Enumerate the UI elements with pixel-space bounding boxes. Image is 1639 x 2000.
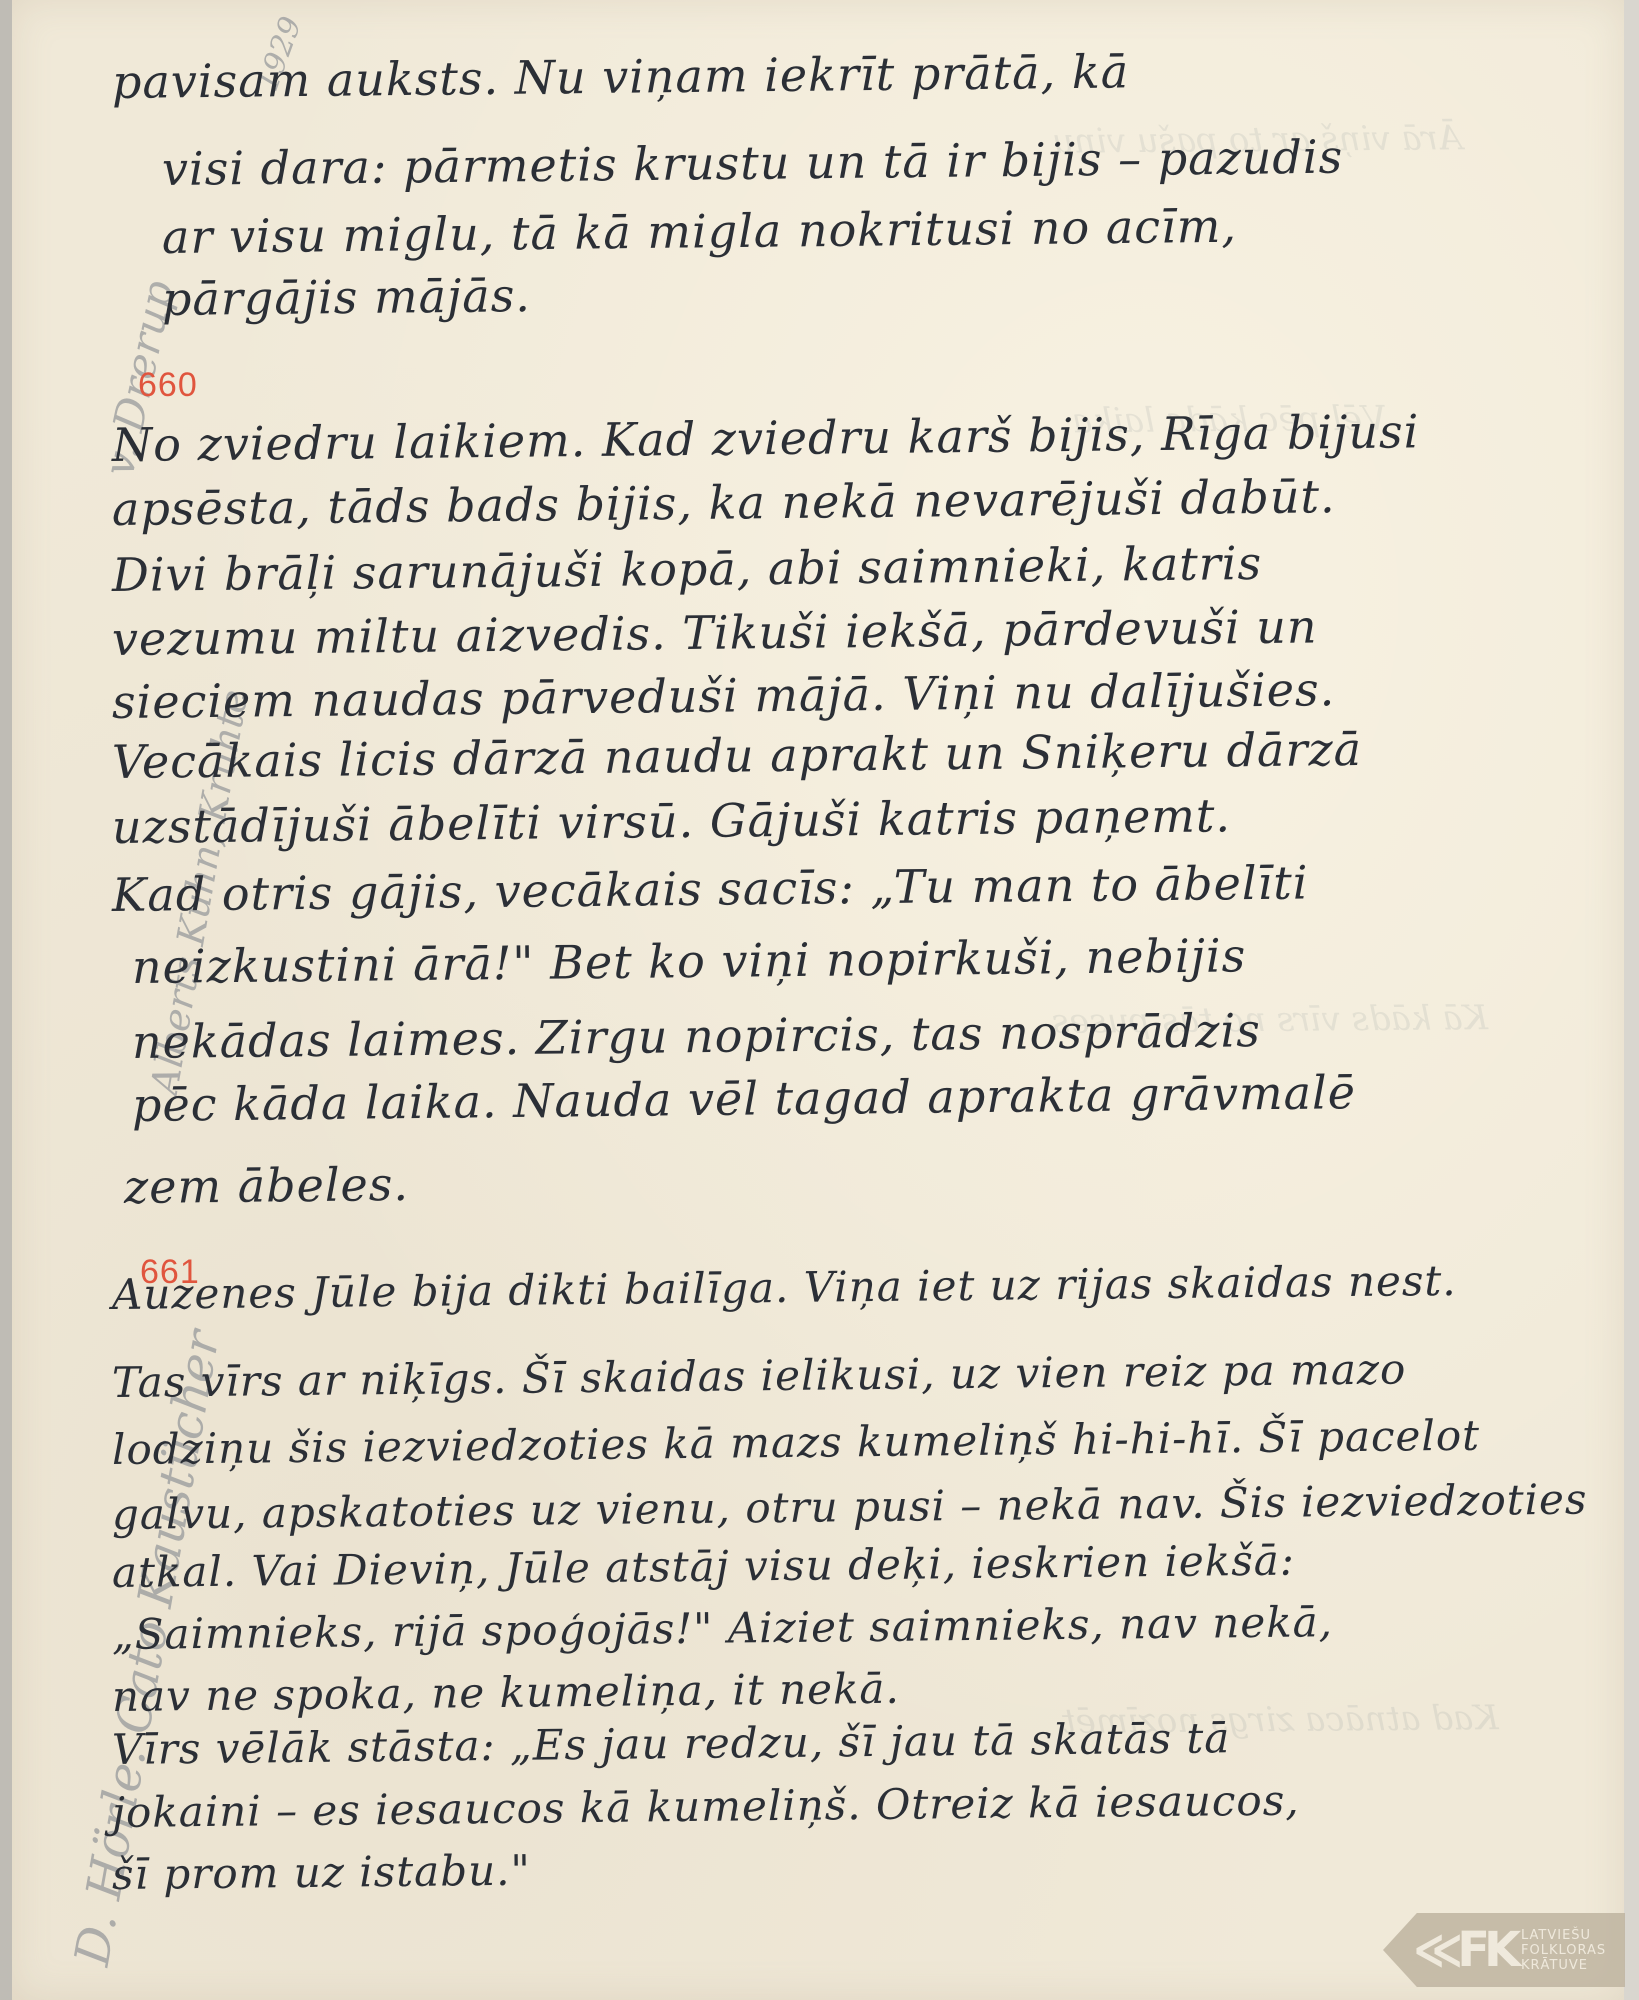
text-line: Vīrs vēlāk stāsta: „Es jau redzu, šī jau…	[112, 1713, 1231, 1774]
text-line: galvu, apskatoties uz vienu, otru pusi –…	[112, 1475, 1588, 1539]
lfk-logo-icon: ≪FK	[1413, 1922, 1513, 1978]
text-line: „Saimnieks, rijā spoģojās!" Aiziet saimn…	[112, 1597, 1334, 1659]
text-line: jokaini – es iesaucos kā kumeliņš. Otrei…	[112, 1776, 1300, 1837]
text-line: vezumu miltu aizvedis. Tikuši iekšā, pār…	[112, 599, 1318, 666]
text-line: apsēsta, tāds bads bijis, ka nekā nevarē…	[112, 469, 1336, 536]
text-line: lodziņu šis iezviedzoties kā mazs kumeli…	[112, 1411, 1480, 1474]
text-line: pārgājis mājās.	[162, 268, 531, 326]
logo-badge: ≪FK LATVIEŠU FOLKLORAS KRĀTUVE	[1383, 1913, 1625, 1987]
text-line: Kad otris gājis, vecākais sacīs: „Tu man…	[112, 855, 1309, 922]
text-line: šī prom uz istabu."	[112, 1846, 531, 1899]
text-line: uzstādījuši ābelīti virsū. Gājuši katris…	[112, 788, 1232, 854]
logo-line: FOLKLORAS	[1521, 1943, 1606, 1958]
text-line: pēc kāda laika. Nauda vēl tagad aprakta …	[132, 1065, 1356, 1132]
logo-line: KRĀTUVE	[1521, 1958, 1606, 1973]
text-line: zem ābeles.	[124, 1157, 410, 1214]
text-line: nekādas laimes. Zirgu nopircis, tas nosp…	[132, 1003, 1261, 1069]
text-line: Divi brāļi sarunājuši kopā, abi saimniek…	[112, 536, 1263, 602]
logo-line: LATVIEŠU	[1521, 1928, 1606, 1943]
text-line: Vecākais licis dārzā naudu aprakt un Sni…	[112, 722, 1363, 789]
text-line: pavisam auksts. Nu viņam iekrīt prātā, k…	[112, 44, 1130, 109]
text-line: nav ne spoka, ne kumeliņa, it nekā.	[112, 1664, 900, 1721]
archive-logo: ≪FK LATVIEŠU FOLKLORAS KRĀTUVE	[1383, 1913, 1625, 1987]
logo-text: LATVIEŠU FOLKLORAS KRĀTUVE	[1521, 1928, 1606, 1973]
manuscript-page: Ārā viņš ar to pašu viņu Vēl pēc kāda la…	[12, 0, 1624, 2000]
text-line: ar visu miglu, tā kā migla nokritusi no …	[162, 199, 1237, 264]
text-line: Tas vīrs ar niķīgs. Šī skaidas ielikusi,…	[112, 1344, 1407, 1407]
text-line: atkal. Vai Dieviņ, Jūle atstāj visu deķi…	[112, 1536, 1295, 1597]
story-number: 660	[138, 366, 198, 405]
text-line: visi dara: pārmetis krustu un tā ir biji…	[162, 130, 1344, 196]
text-line: neizkustini ārā!" Bet ko viņi nopirkuši,…	[132, 928, 1247, 994]
text-line: Auzenes Jūle bija dikti bailīga. Viņa ie…	[112, 1256, 1457, 1319]
text-line: sieciem naudas pārveduši mājā. Viņi nu d…	[112, 662, 1336, 729]
text-line: No zviedru laikiem. Kad zviedru karš bij…	[112, 404, 1420, 472]
